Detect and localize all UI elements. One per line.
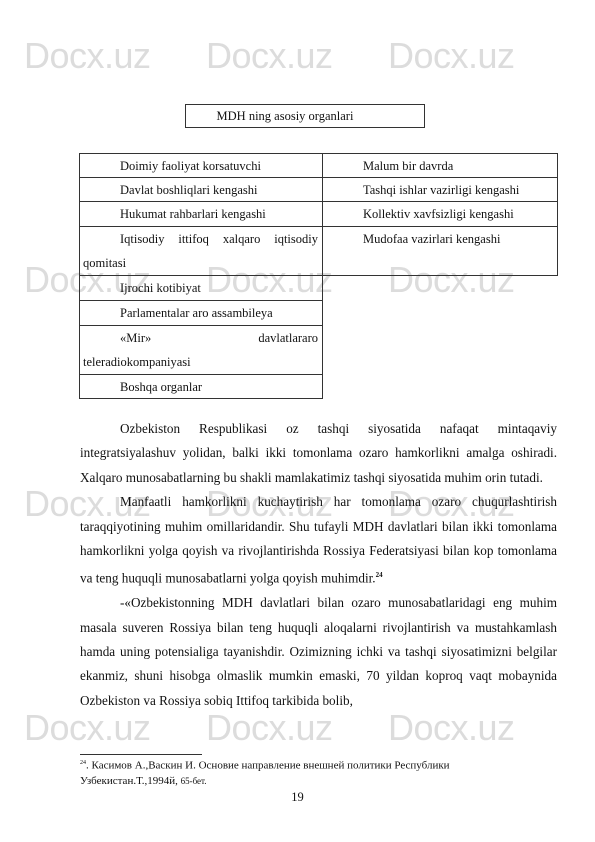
- table-cell-left: Hukumat rahbarlari kengashi: [79, 201, 323, 227]
- cell-line-1: «Mir» davlatlararo: [120, 326, 318, 350]
- body-text: Ozbekiston Respublikasi oz tashqi siyosa…: [80, 417, 557, 713]
- table-cell-right: Kollektiv xavfsizligi kengashi: [322, 201, 558, 227]
- footnote-separator: [80, 754, 202, 755]
- cell-line-2: qomitasi: [83, 251, 318, 275]
- document-page: Docx.uzDocx.uzDocx.uzDocx.uzDocx.uzDocx.…: [0, 0, 595, 842]
- page-number: 19: [0, 790, 595, 805]
- table-cell-left: Davlat boshliqlari kengashi: [79, 177, 323, 202]
- cell-line-2: teleradiokompaniyasi: [83, 350, 318, 374]
- table-cell-left: Ijrochi kotibiyat: [79, 275, 323, 301]
- paragraph: Ozbekiston Respublikasi oz tashqi siyosa…: [80, 417, 557, 490]
- table-cell-left: «Mir» davlatlararo teleradiokompaniyasi: [79, 325, 323, 375]
- table-cell-right: Mudofaa vazirlari kengashi: [322, 226, 558, 276]
- footnote: 24. Касимов А.,Васкин И. Основие направл…: [80, 756, 550, 789]
- table-cell-left: Parlamentalar aro assambileya: [79, 300, 323, 326]
- footnote-ref[interactable]: 24: [376, 571, 383, 579]
- table-title: MDH ning asosiy organlari: [185, 104, 425, 128]
- watermark-text: Docx.uz: [206, 710, 333, 746]
- watermark-text: Docx.uz: [388, 38, 515, 74]
- watermark-text: Docx.uz: [24, 710, 151, 746]
- paragraph: Manfaatli hamkorlikni kuchaytirish har t…: [80, 490, 557, 591]
- table-cell-right: Malum bir davrda: [322, 153, 558, 178]
- paragraph: -«Ozbekistonning MDH davlatlari bilan oz…: [80, 591, 557, 713]
- table-cell-left: Boshqa organlar: [79, 374, 323, 399]
- table-cell-left: Iqtisodiy ittifoq xalqaro iqtisodiy qomi…: [79, 226, 323, 276]
- cell-line-1: Iqtisodiy ittifoq xalqaro iqtisodiy: [120, 227, 318, 251]
- table-cell-right: Tashqi ishlar vazirligi kengashi: [322, 177, 558, 202]
- watermark-text: Docx.uz: [206, 38, 333, 74]
- watermark-text: Docx.uz: [388, 710, 515, 746]
- table-cell-left: Doimiy faoliyat korsatuvchi: [79, 153, 323, 178]
- watermark-text: Docx.uz: [24, 38, 151, 74]
